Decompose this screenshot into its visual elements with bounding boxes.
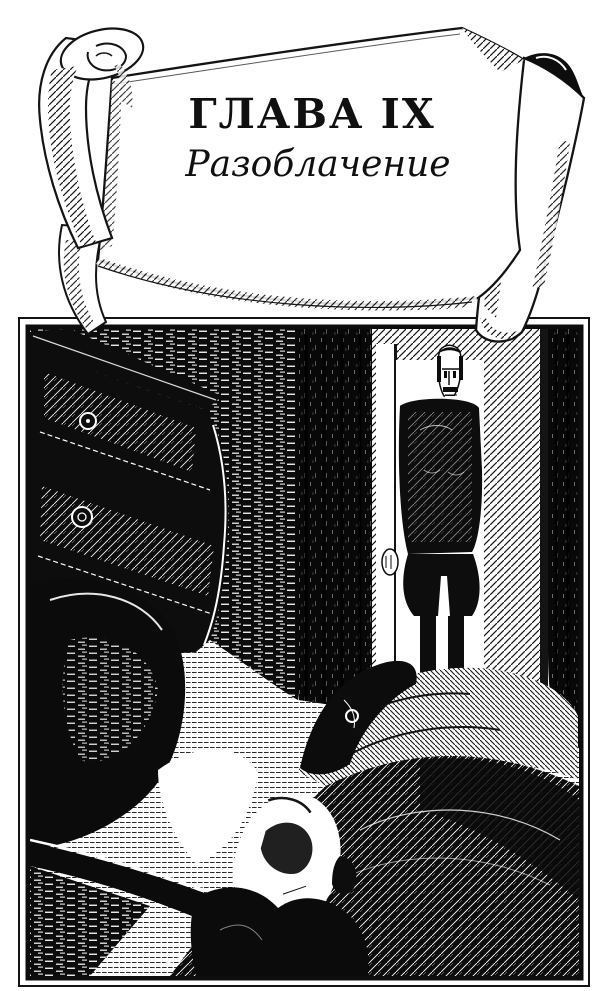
scroll-banner: ГЛАВА IX Разоблачение [39, 21, 584, 342]
door-jamb [376, 344, 394, 694]
drawer-knob [72, 507, 92, 527]
chapter-page-graphic: ГЛАВА IX Разоблачение [0, 0, 607, 991]
chapter-subtitle: Разоблачение [184, 144, 450, 185]
curtain-right [548, 329, 579, 748]
mustache [443, 387, 458, 392]
chapter-title: ГЛАВА IX [188, 90, 435, 138]
book-page: ГЛАВА IX Разоблачение [0, 0, 607, 991]
standing-man-hand [382, 549, 398, 575]
chapter-illustration [30, 329, 579, 976]
